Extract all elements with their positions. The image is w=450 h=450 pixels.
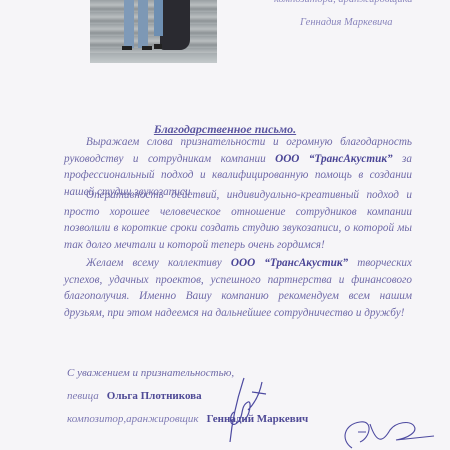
signatory-role: певица — [67, 390, 99, 402]
photo-floor — [90, 53, 217, 63]
photo-figure — [142, 46, 152, 50]
signature-icon — [222, 372, 272, 450]
header-caption-line1: композитора, аранжировщика — [274, 0, 412, 5]
photo-figure — [154, 44, 162, 49]
header-caption-line2: Геннадия Маркевича — [300, 17, 393, 28]
paragraph-2: Оперативность действий, индивидуально-кр… — [64, 187, 412, 253]
photo — [90, 0, 217, 63]
signatory-name: Ольга Плотникова — [107, 390, 202, 402]
photo-figure — [160, 0, 190, 50]
photo-figure — [124, 0, 134, 48]
photo-figure — [122, 46, 132, 50]
closing-text: С уважением и признательностью, — [67, 367, 234, 379]
company-name: ООО “ТрансАкустик” — [275, 153, 392, 165]
signatory-role: композитор,аранжировщик — [67, 413, 199, 425]
company-name: ООО “ТрансАкустик” — [231, 257, 348, 269]
paragraph-3: Желаем всему коллективу ООО “ТрансАкусти… — [64, 255, 412, 321]
photo-figure — [154, 0, 163, 36]
signature-icon — [330, 418, 440, 450]
photo-figure — [138, 0, 148, 48]
signatory-row: певицаОльга Плотникова — [67, 390, 202, 402]
signatory-row: композитор,аранжировщикГеннадий Маркевич — [67, 413, 308, 425]
paragraph-3-text: Желаем всему коллективу — [86, 257, 231, 269]
